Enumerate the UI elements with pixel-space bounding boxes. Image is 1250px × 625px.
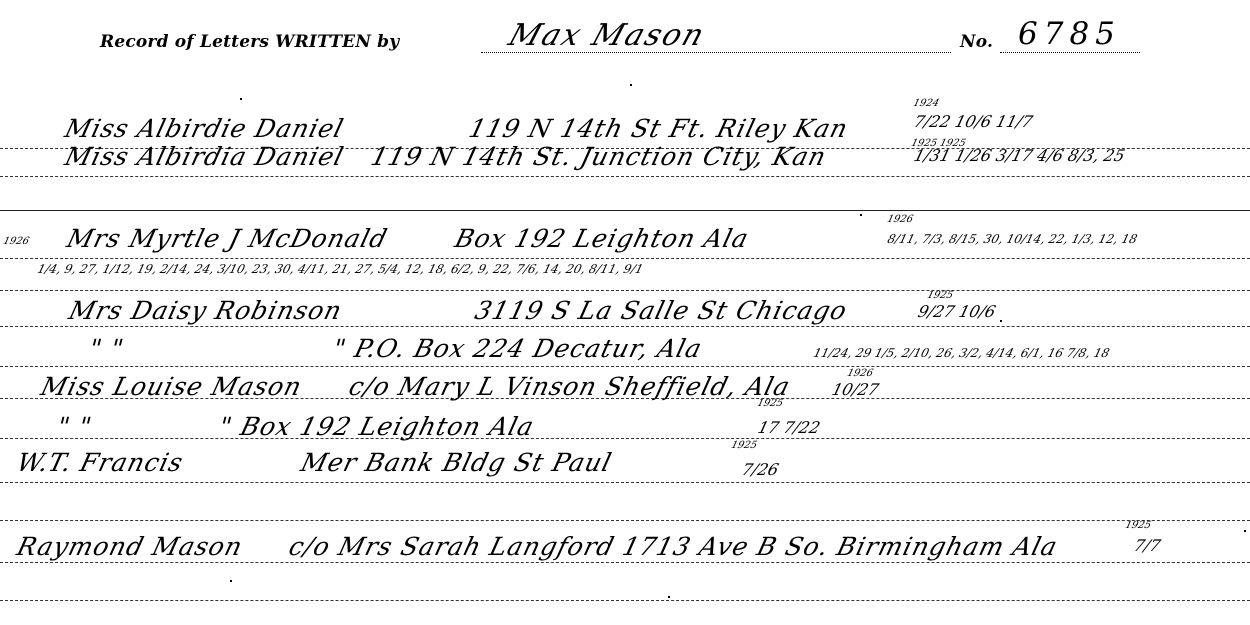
ruled-line	[0, 366, 1250, 367]
scan-speck	[668, 596, 670, 598]
recipient-address: c/o Mrs Sarah Langford 1713 Ave B So. Bi…	[286, 532, 1061, 561]
margin-note: 1926	[2, 236, 30, 247]
recipient-name: W.T. Francis	[14, 448, 187, 477]
scan-speck	[1000, 320, 1002, 322]
record-number-label: No.	[960, 32, 993, 52]
ruled-line	[0, 326, 1250, 327]
recipient-name: " "	[54, 412, 95, 441]
letter-dates-continued: 1/4, 9, 27, 1/12, 19, 2/14, 24, 3/10, 23…	[36, 262, 645, 276]
record-header: Record of Letters WRITTEN by Max Mason N…	[100, 22, 1240, 62]
ruled-line	[0, 438, 1250, 439]
record-title: Record of Letters WRITTEN by	[100, 32, 399, 52]
year-note: 1924	[912, 98, 940, 109]
writer-name: Max Mason	[504, 18, 710, 53]
recipient-address: Box 192 Leighton Ala	[452, 224, 752, 253]
scan-speck	[860, 214, 862, 216]
scan-speck	[630, 84, 632, 86]
recipient-address: 3119 S La Salle St Chicago	[472, 296, 850, 325]
letter-dates: 1/31 1/26 3/17 4/6 8/3, 25	[912, 146, 1127, 165]
letter-dates: 10/27	[830, 380, 881, 399]
year-note: 1925	[1124, 520, 1152, 531]
scan-speck	[240, 98, 242, 100]
letter-dates: 11/24, 29 1/5, 2/10, 26, 3/2, 4/14, 6/1,…	[812, 346, 1111, 360]
letter-dates: 17 7/22	[756, 418, 822, 437]
ruled-line	[0, 562, 1250, 563]
recipient-name: Miss Albirdie Daniel	[62, 114, 347, 143]
letter-dates: 7/7	[1132, 536, 1162, 555]
year-note: 1926	[846, 368, 874, 379]
recipient-name: Mrs Daisy Robinson	[66, 296, 345, 325]
year-note: 1925	[756, 398, 784, 409]
record-number: 6785	[1018, 16, 1121, 52]
ruled-line	[0, 258, 1250, 259]
year-note: 1925	[926, 290, 954, 301]
ruled-line	[0, 210, 1250, 211]
ruled-line	[0, 482, 1250, 483]
recipient-address: " Box 192 Leighton Ala	[216, 412, 537, 441]
recipient-address: Mer Bank Bldg St Paul	[298, 448, 615, 477]
recipient-name: Miss Louise Mason	[38, 372, 305, 401]
scan-speck	[1244, 530, 1246, 532]
recipient-address: 119 N 14th St Ft. Riley Kan	[466, 114, 851, 143]
recipient-name: " "	[86, 334, 127, 363]
recipient-name: Mrs Myrtle J McDonald	[64, 224, 391, 253]
ruled-line	[0, 520, 1250, 521]
scan-speck	[230, 580, 232, 582]
year-note: 1925	[730, 440, 758, 451]
letter-dates: 9/27 10/6	[916, 302, 998, 321]
letter-dates: 7/22 10/6 11/7	[912, 112, 1035, 131]
letter-dates: 8/11, 7/3, 8/15, 30, 10/14, 22, 1/3, 12,…	[886, 232, 1139, 246]
letter-dates: 7/26	[740, 460, 781, 479]
recipient-address: c/o Mary L Vinson Sheffield, Ala	[346, 372, 794, 401]
recipient-name: Miss Albirdia Daniel	[62, 142, 347, 171]
ruled-line	[0, 176, 1250, 177]
recipient-address: 119 N 14th St. Junction City, Kan	[368, 142, 830, 171]
recipient-name: Raymond Mason	[14, 532, 246, 561]
ruled-line	[0, 290, 1250, 291]
year-note: 1926	[886, 214, 914, 225]
ruled-line	[0, 600, 1250, 601]
recipient-address: " P.O. Box 224 Decatur, Ala	[330, 334, 705, 363]
number-underline	[1000, 52, 1140, 53]
